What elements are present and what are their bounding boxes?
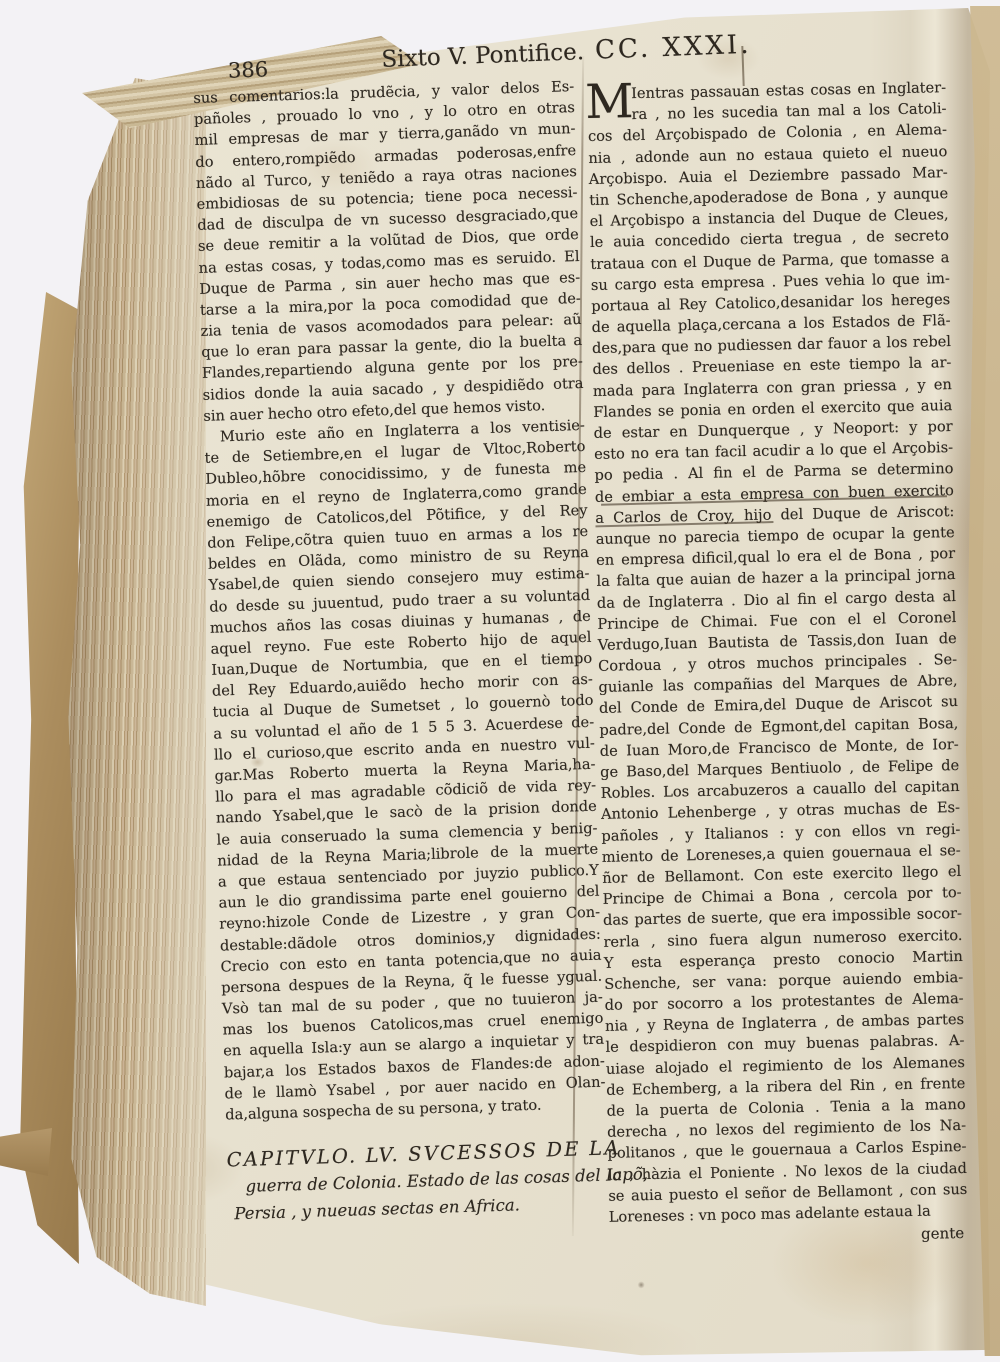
chapter-subtitle: guerra de Colonia. Estado de las cosas d… <box>227 1162 610 1228</box>
left-column-lines: sus comentarios:la prudẽcia, y valor del… <box>193 76 606 1126</box>
chapter-heading: CAPITVLO. LV. SVCESSOS DE LA guerra de C… <box>226 1136 609 1228</box>
left-text-column: sus comentarios:la prudẽcia, y valor del… <box>193 76 610 1228</box>
catchword: gente <box>609 1223 968 1251</box>
running-title: Sixto V. Pontifice. CC. XXXI. <box>378 30 755 74</box>
right-text-column: M Ientras passauan estas cosas en Inglat… <box>587 77 968 1251</box>
running-title-text: Sixto V. Pontifice. <box>381 39 585 73</box>
antique-book-photo: 386 Sixto V. Pontifice. CC. XXXI. sus co… <box>0 0 1000 1362</box>
page-number: 386 <box>228 57 269 82</box>
drop-cap-initial: M <box>585 80 634 125</box>
printed-page-content: 386 Sixto V. Pontifice. CC. XXXI. sus co… <box>0 0 1000 1362</box>
running-title-numeral: CC. XXXI. <box>588 30 752 66</box>
right-column-lines: Ientras passauan estas cosas en Inglater… <box>587 77 968 1228</box>
